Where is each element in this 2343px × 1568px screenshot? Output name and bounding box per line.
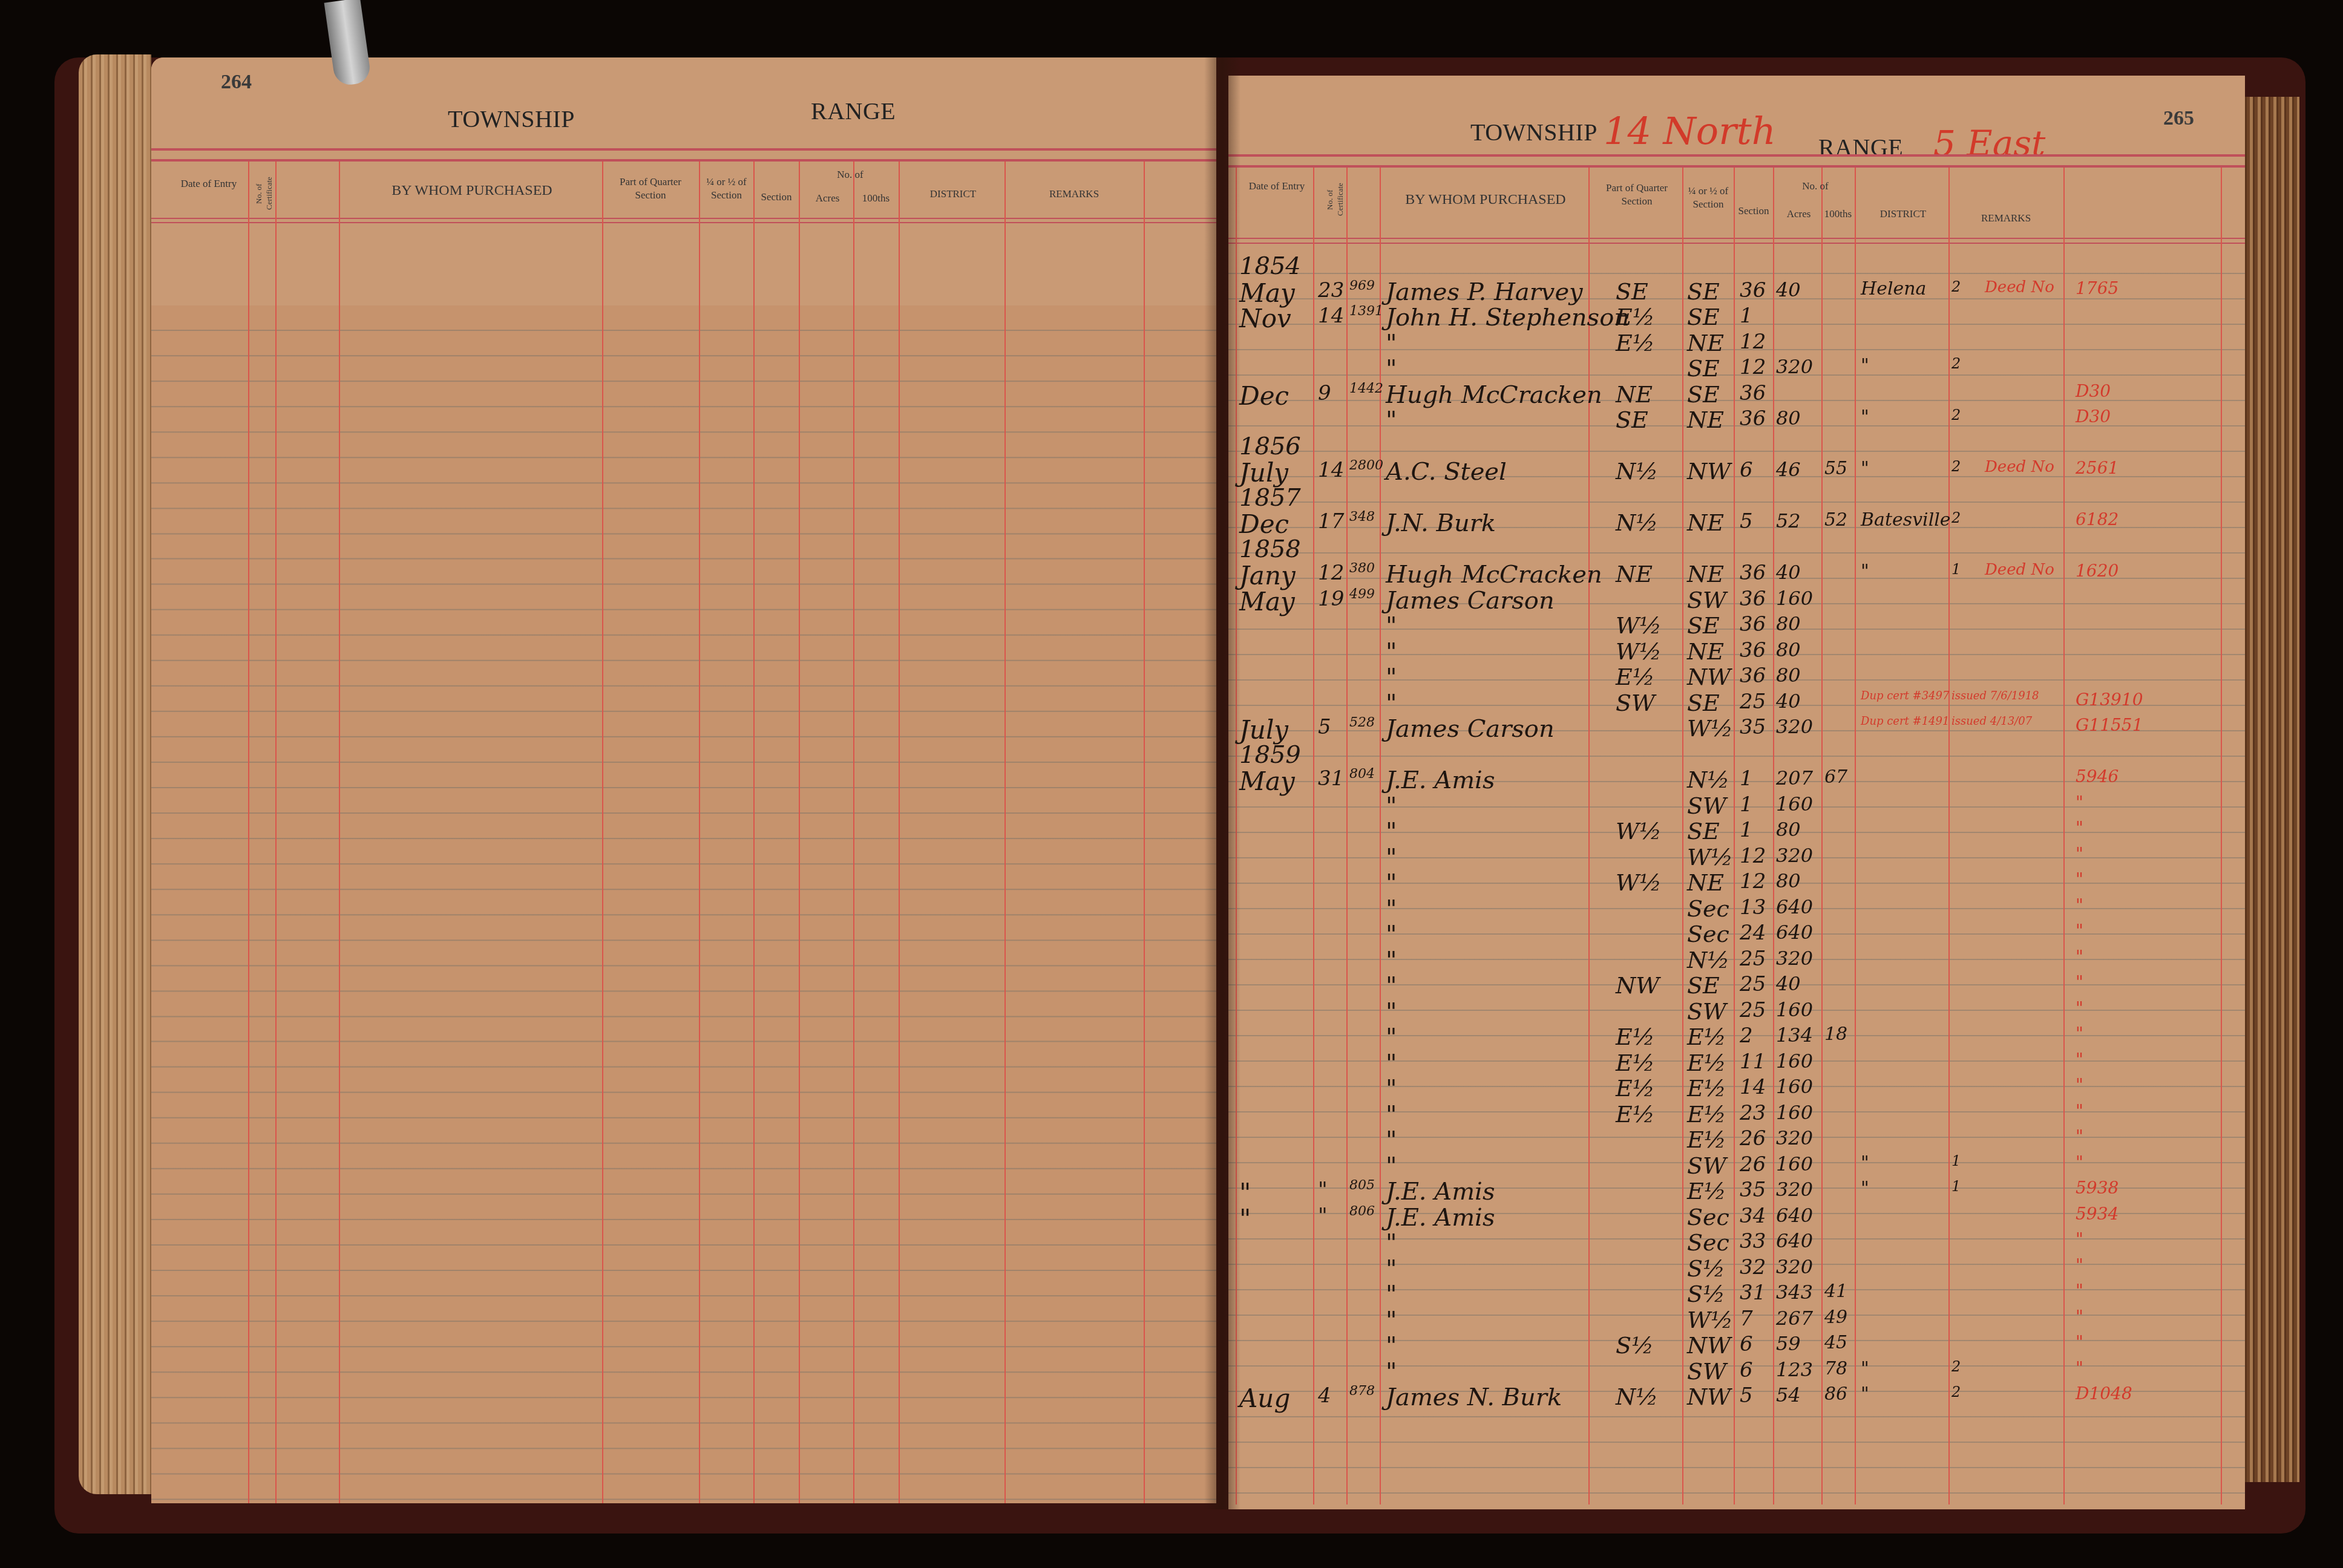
cell-h: 49 <box>1824 1307 1847 1328</box>
cell-name: " <box>1386 1152 1397 1180</box>
cell-acres: 320 <box>1776 947 1813 970</box>
cell-rem2: D30 <box>2076 407 2111 426</box>
cell-qh: SE <box>1687 278 1720 305</box>
cell-qh: S½ <box>1687 1281 1725 1307</box>
cell-acres: 640 <box>1776 1204 1813 1227</box>
cell-qh: NW <box>1687 458 1731 485</box>
cell-sec: 26 <box>1740 1152 1766 1177</box>
cell-h: 67 <box>1824 766 1847 788</box>
cell-sec: 32 <box>1740 1255 1766 1279</box>
cell-rem2: " <box>2076 1101 2083 1121</box>
cell-qh: SE <box>1687 304 1720 330</box>
cell-qh: E½ <box>1687 1024 1726 1050</box>
cell-acres: 52 <box>1776 509 1801 532</box>
cell-qh: SW <box>1687 1358 1726 1385</box>
cell-qh: NE <box>1687 561 1724 587</box>
cell-rem2: " <box>2076 792 2083 812</box>
cell-name: Hugh McCracken <box>1386 381 1602 409</box>
cell-rem2: D1048 <box>2076 1383 2132 1403</box>
cell-qh: N½ <box>1687 947 1729 973</box>
cell-day: 12 <box>1318 561 1344 585</box>
cell-name: John H. Stephenson <box>1386 304 1630 332</box>
cell-district: " <box>1861 355 1869 376</box>
cell-acres: 54 <box>1776 1383 1801 1406</box>
col-section: Section <box>1735 204 1772 218</box>
cell-acres: 640 <box>1776 1229 1813 1252</box>
cell-rem1: Deed No <box>1985 458 2054 476</box>
cell-rem2: 5938 <box>2076 1178 2119 1198</box>
cell-rem2: G13910 <box>2076 690 2143 710</box>
cell-qh: Sec <box>1687 1229 1729 1256</box>
cell-name: " <box>1386 1075 1397 1103</box>
cell-part: N½ <box>1616 1383 1658 1410</box>
cell-qh: Sec <box>1687 1204 1729 1230</box>
cell-rem2: " <box>2076 844 2083 864</box>
cell-sec: 35 <box>1740 1178 1766 1202</box>
cell-dnum: 1 <box>1951 1152 1961 1169</box>
cell-district: Dup cert #3497 <box>1861 690 1949 702</box>
cell-qh: SW <box>1687 792 1726 819</box>
cell-acres: 267 <box>1776 1307 1813 1330</box>
cell-part: E½ <box>1616 1050 1655 1076</box>
cell-district: Dup cert #1491 <box>1861 715 1949 728</box>
cell-sec: 12 <box>1740 355 1766 379</box>
cell-sec: 12 <box>1740 869 1766 893</box>
cell-acres: 320 <box>1776 844 1813 867</box>
cell-district: " <box>1861 1358 1869 1379</box>
cell-qh: Sec <box>1687 921 1729 947</box>
cell-sec: 25 <box>1740 972 1766 996</box>
col-hundredths: 100ths <box>853 192 899 205</box>
cell-dnum: 2 <box>1951 407 1961 423</box>
cell-rem2: 1765 <box>2076 278 2119 298</box>
cell-qh: SW <box>1687 587 1726 613</box>
cell-name: " <box>1386 1307 1397 1334</box>
cell-qh: SE <box>1687 690 1720 716</box>
cell-month: Dec <box>1239 381 1289 411</box>
cell-month: Aug <box>1239 1383 1290 1413</box>
cell-sec: 7 <box>1740 1307 1753 1331</box>
cell-name: " <box>1386 921 1397 949</box>
cell-acres: 40 <box>1776 561 1801 584</box>
cell-year: 1854 <box>1239 252 1301 280</box>
cell-cert: 1391 <box>1349 304 1383 319</box>
cell-cert: 499 <box>1349 587 1375 602</box>
cell-sec: 36 <box>1740 381 1766 405</box>
cell-rem2: " <box>2076 1332 2083 1352</box>
cell-day: 14 <box>1318 304 1344 328</box>
cell-cert: 969 <box>1349 278 1375 293</box>
cell-dnum: issued 7/6/1918 <box>1951 690 2039 702</box>
township-label: TOWNSHIP <box>448 105 575 133</box>
cell-qh: SE <box>1687 818 1720 844</box>
cell-part: E½ <box>1616 1024 1655 1050</box>
cell-part: SE <box>1616 407 1648 433</box>
cell-name: James N. Burk <box>1386 1383 1562 1411</box>
col-part-of-quarter: Part of Quarter Section <box>1591 181 1682 208</box>
cell-sec: 12 <box>1740 330 1766 354</box>
cell-day: 19 <box>1318 587 1344 611</box>
cell-name: Hugh McCracken <box>1386 561 1602 589</box>
cell-acres: 80 <box>1776 664 1801 687</box>
cell-year: 1856 <box>1239 433 1301 460</box>
cell-qh: NE <box>1687 509 1724 536</box>
cell-sec: 11 <box>1740 1050 1766 1074</box>
cell-day: 31 <box>1318 766 1344 791</box>
cell-sec: 26 <box>1740 1126 1766 1151</box>
col-certificate: No. of Certificate <box>1325 178 1346 221</box>
cell-acres: 80 <box>1776 818 1801 841</box>
cell-acres: 207 <box>1776 766 1813 789</box>
cell-qh: SE <box>1687 355 1720 382</box>
col-part-of-quarter: Part of Quarter Section <box>605 175 696 202</box>
cell-qh: SE <box>1687 381 1720 408</box>
cell-name: " <box>1386 638 1397 666</box>
cell-sec: 23 <box>1740 1101 1766 1125</box>
cell-part: E½ <box>1616 330 1655 356</box>
cell-qh: E½ <box>1687 1050 1726 1076</box>
cell-sec: 35 <box>1740 715 1766 739</box>
cell-part: E½ <box>1616 304 1655 330</box>
cell-part: NE <box>1616 381 1653 408</box>
cell-sec: 33 <box>1740 1229 1766 1253</box>
cell-qh: N½ <box>1687 766 1729 793</box>
cell-h: 41 <box>1824 1281 1847 1302</box>
cell-qh: NW <box>1687 1383 1731 1410</box>
col-date-of-entry: Date of Entry <box>175 177 242 191</box>
cell-acres: 134 <box>1776 1024 1813 1047</box>
cell-name: " <box>1386 869 1397 897</box>
cell-part: W½ <box>1616 612 1662 639</box>
col-no-of: No. of <box>802 168 899 181</box>
cell-rem2: " <box>2076 1075 2083 1095</box>
cell-dnum: 1 <box>1951 561 1961 578</box>
cell-name: " <box>1386 1229 1397 1257</box>
cell-day: " <box>1318 1178 1328 1202</box>
cell-day: 9 <box>1318 381 1331 405</box>
cell-sec: 31 <box>1740 1281 1766 1305</box>
cell-district: " <box>1861 1383 1869 1405</box>
cell-sec: 2 <box>1740 1024 1753 1048</box>
cell-rem2: " <box>2076 1255 2083 1275</box>
cell-acres: 640 <box>1776 895 1813 918</box>
col-no-of: No. of <box>1776 180 1855 193</box>
cell-dnum: 2 <box>1951 1383 1961 1400</box>
township-label: TOWNSHIP <box>1470 118 1597 146</box>
cell-sec: 14 <box>1740 1075 1766 1099</box>
cell-qh: NE <box>1687 407 1724 433</box>
cell-district: Helena <box>1861 278 1926 299</box>
cell-acres: 40 <box>1776 278 1801 301</box>
range-value: 5 East <box>1933 123 2045 164</box>
cell-dnum: 1 <box>1951 1178 1961 1195</box>
cell-acres: 160 <box>1776 998 1813 1021</box>
cell-acres: 160 <box>1776 1050 1813 1073</box>
cell-part: SW <box>1616 690 1655 716</box>
cell-name: " <box>1386 1332 1397 1360</box>
cell-acres: 80 <box>1776 612 1801 635</box>
cell-month: May <box>1239 766 1295 796</box>
cell-rem2: 1620 <box>2076 561 2119 581</box>
cell-sec: 6 <box>1740 458 1753 482</box>
cell-cert: 878 <box>1349 1383 1375 1399</box>
cell-acres: 343 <box>1776 1281 1813 1304</box>
col-quarter-half: ¼ or ½ of Section <box>1683 185 1733 211</box>
right-page: 265 TOWNSHIP 14 North RANGE 5 East Date … <box>1228 76 2245 1509</box>
cell-rem2: 2561 <box>2076 458 2119 478</box>
cell-district: " <box>1861 561 1869 582</box>
cell-qh: S½ <box>1687 1255 1725 1282</box>
cell-qh: W½ <box>1687 844 1733 871</box>
cell-name: J.E. Amis <box>1386 1178 1495 1206</box>
page-number: 265 <box>2163 107 2194 130</box>
cell-qh: NE <box>1687 330 1724 356</box>
cell-acres: 80 <box>1776 638 1801 661</box>
cell-name: " <box>1386 792 1397 820</box>
cell-cert: 1442 <box>1349 381 1383 396</box>
cell-dnum: 2 <box>1951 509 1961 526</box>
col-remarks: REMARKS <box>1008 188 1141 201</box>
cell-part: E½ <box>1616 664 1655 690</box>
cell-acres: 320 <box>1776 715 1813 738</box>
cell-acres: 320 <box>1776 1178 1813 1201</box>
cell-sec: 36 <box>1740 612 1766 636</box>
cell-month: " <box>1239 1204 1251 1233</box>
col-date-of-entry: Date of Entry <box>1240 180 1313 193</box>
cell-part: SE <box>1616 278 1648 305</box>
cell-district: Batesville <box>1861 509 1951 531</box>
cell-sec: 34 <box>1740 1204 1766 1228</box>
cell-part: NE <box>1616 561 1653 587</box>
cell-name: " <box>1386 330 1397 358</box>
cell-cert: 2800 <box>1349 458 1383 473</box>
cell-rem2: 5946 <box>2076 766 2119 786</box>
cell-sec: 6 <box>1740 1332 1753 1356</box>
cell-qh: E½ <box>1687 1101 1726 1128</box>
cell-rem2: " <box>2076 869 2083 889</box>
cell-acres: 640 <box>1776 921 1813 944</box>
cell-qh: E½ <box>1687 1075 1726 1102</box>
cell-sec: 5 <box>1740 1383 1753 1408</box>
col-certificate: No. of Certificate <box>254 175 275 212</box>
cell-rem2: " <box>2076 1281 2083 1301</box>
cell-acres: 40 <box>1776 972 1801 995</box>
cell-qh: SW <box>1687 998 1726 1025</box>
cell-cert: 806 <box>1349 1204 1375 1219</box>
cell-sec: 1 <box>1740 304 1753 328</box>
cell-qh: Sec <box>1687 895 1729 922</box>
col-acres: Acres <box>802 192 853 205</box>
cell-qh: W½ <box>1687 715 1733 742</box>
cell-part: S½ <box>1616 1332 1654 1359</box>
cell-sec: 36 <box>1740 561 1766 585</box>
page-edges-right <box>2239 97 2299 1482</box>
cell-name: " <box>1386 818 1397 846</box>
cell-sec: 36 <box>1740 587 1766 611</box>
cell-rem2: " <box>2076 1024 2083 1044</box>
cell-rem2: 6182 <box>2076 509 2119 529</box>
cell-year: 1857 <box>1239 484 1301 512</box>
cell-qh: NE <box>1687 869 1724 896</box>
cell-part: W½ <box>1616 818 1662 844</box>
cell-part: W½ <box>1616 869 1662 896</box>
cell-h: 18 <box>1824 1024 1847 1045</box>
range-label: RANGE <box>1818 133 1903 162</box>
col-acres: Acres <box>1776 207 1821 221</box>
cell-name: " <box>1386 407 1397 434</box>
cell-dnum: issued 4/13/07 <box>1951 715 2032 728</box>
cell-acres: 40 <box>1776 690 1801 713</box>
cell-cert: 348 <box>1349 509 1375 524</box>
cell-name: " <box>1386 947 1397 975</box>
cell-qh: E½ <box>1687 1126 1726 1153</box>
cell-rem2: " <box>2076 998 2083 1018</box>
col-hundredths: 100ths <box>1821 207 1855 221</box>
cell-name: A.C. Steel <box>1386 458 1507 486</box>
col-by-whom: BY WHOM PURCHASED <box>1383 191 1588 209</box>
cell-cert: 805 <box>1349 1178 1375 1193</box>
cell-acres: 160 <box>1776 792 1813 815</box>
cell-name: J.E. Amis <box>1386 1204 1495 1232</box>
book-gutter <box>1204 57 1240 1509</box>
cell-sec: 36 <box>1740 278 1766 302</box>
cell-rem2: " <box>2076 972 2083 992</box>
cell-acres: 123 <box>1776 1358 1813 1381</box>
cell-name: " <box>1386 612 1397 640</box>
cell-acres: 46 <box>1776 458 1801 481</box>
cell-qh: W½ <box>1687 1307 1733 1333</box>
cell-h: 78 <box>1824 1358 1847 1379</box>
col-district: DISTRICT <box>902 188 1004 201</box>
cell-qh: E½ <box>1687 1178 1726 1204</box>
cell-name: " <box>1386 1101 1397 1129</box>
cell-district: " <box>1861 458 1869 479</box>
cell-name: " <box>1386 1255 1397 1283</box>
cell-month: Nov <box>1239 304 1291 333</box>
cell-dnum: 2 <box>1951 1358 1961 1375</box>
cell-dnum: 2 <box>1951 458 1961 475</box>
col-quarter-half: ¼ or ½ of Section <box>701 175 752 202</box>
cell-cert: 380 <box>1349 561 1375 576</box>
cell-qh: NE <box>1687 638 1724 665</box>
cell-name: " <box>1386 972 1397 1000</box>
col-section: Section <box>755 191 798 204</box>
cell-qh: NW <box>1687 1332 1731 1359</box>
cell-name: James P. Harvey <box>1386 278 1583 306</box>
cell-part: W½ <box>1616 638 1662 665</box>
cell-qh: SW <box>1687 1152 1726 1179</box>
left-page: 264 TOWNSHIP RANGE Date of Entry No. of … <box>151 57 1216 1503</box>
cell-sec: 36 <box>1740 638 1766 662</box>
cell-name: " <box>1386 664 1397 691</box>
cell-name: " <box>1386 998 1397 1026</box>
cell-sec: 36 <box>1740 407 1766 431</box>
cell-name: " <box>1386 1358 1397 1386</box>
cell-acres: 80 <box>1776 407 1801 430</box>
cell-rem2: " <box>2076 1358 2083 1378</box>
page-edges-left <box>79 54 151 1494</box>
cell-sec: 25 <box>1740 690 1766 714</box>
cell-day: 5 <box>1318 715 1331 739</box>
cell-rem2: " <box>2076 1050 2083 1070</box>
cell-sec: 24 <box>1740 921 1766 945</box>
cell-rem1: Deed No <box>1985 561 2054 579</box>
cell-name: James Carson <box>1386 715 1555 743</box>
cell-sec: 5 <box>1740 509 1753 534</box>
cell-qh: NW <box>1687 664 1731 690</box>
cell-qh: SE <box>1687 612 1720 639</box>
col-district: DISTRICT <box>1858 207 1948 221</box>
cell-rem2: 5934 <box>2076 1204 2119 1224</box>
cell-h: 86 <box>1824 1383 1847 1405</box>
range-label: RANGE <box>811 97 896 125</box>
cell-year: 1858 <box>1239 535 1301 563</box>
cell-h: 55 <box>1824 458 1847 479</box>
cell-acres: 160 <box>1776 587 1813 610</box>
cell-acres: 80 <box>1776 869 1801 892</box>
cell-cert: 528 <box>1349 715 1375 730</box>
cell-name: " <box>1386 1024 1397 1051</box>
cell-sec: 13 <box>1740 895 1766 920</box>
cell-part: N½ <box>1616 509 1658 536</box>
cell-rem2: " <box>2076 921 2083 941</box>
cell-rem2: D30 <box>2076 381 2111 401</box>
cell-sec: 1 <box>1740 818 1753 842</box>
cell-rem2: " <box>2076 818 2083 838</box>
cell-sec: 1 <box>1740 792 1753 817</box>
cell-acres: 320 <box>1776 1126 1813 1149</box>
cell-qh: SE <box>1687 972 1720 999</box>
cell-h: 52 <box>1824 509 1847 531</box>
cell-sec: 25 <box>1740 947 1766 971</box>
cell-acres: 160 <box>1776 1101 1813 1124</box>
cell-name: J.E. Amis <box>1386 766 1495 794</box>
cell-name: " <box>1386 1126 1397 1154</box>
cell-acres: 59 <box>1776 1332 1801 1355</box>
cell-dnum: 2 <box>1951 355 1961 372</box>
cell-day: 23 <box>1318 278 1344 302</box>
cell-rem1: Deed No <box>1985 278 2054 296</box>
cell-acres: 160 <box>1776 1075 1813 1098</box>
cell-sec: 36 <box>1740 664 1766 688</box>
cell-name: " <box>1386 1281 1397 1308</box>
cell-part: NW <box>1616 972 1659 999</box>
cell-name: " <box>1386 844 1397 872</box>
cell-acres: 320 <box>1776 1255 1813 1278</box>
cell-name: J.N. Burk <box>1386 509 1496 537</box>
cell-rem2: " <box>2076 947 2083 967</box>
cell-acres: 320 <box>1776 355 1813 378</box>
cell-name: " <box>1386 1050 1397 1077</box>
cell-day: 4 <box>1318 1383 1331 1408</box>
cell-sec: 6 <box>1740 1358 1753 1382</box>
cell-part: E½ <box>1616 1101 1655 1128</box>
cell-sec: 25 <box>1740 998 1766 1022</box>
cell-cert: 804 <box>1349 766 1375 782</box>
cell-district: " <box>1861 407 1869 428</box>
cell-part: E½ <box>1616 1075 1655 1102</box>
cell-sec: 1 <box>1740 766 1753 791</box>
cell-name: " <box>1386 690 1397 717</box>
cell-h: 45 <box>1824 1332 1847 1353</box>
cell-rem2: " <box>2076 895 2083 915</box>
cell-rem2: G11551 <box>2076 715 2143 735</box>
cell-district: " <box>1861 1152 1869 1174</box>
col-by-whom: BY WHOM PURCHASED <box>345 181 599 200</box>
cell-rem2: " <box>2076 1152 2083 1172</box>
cell-year: 1859 <box>1239 741 1301 769</box>
page-number: 264 <box>221 71 252 94</box>
